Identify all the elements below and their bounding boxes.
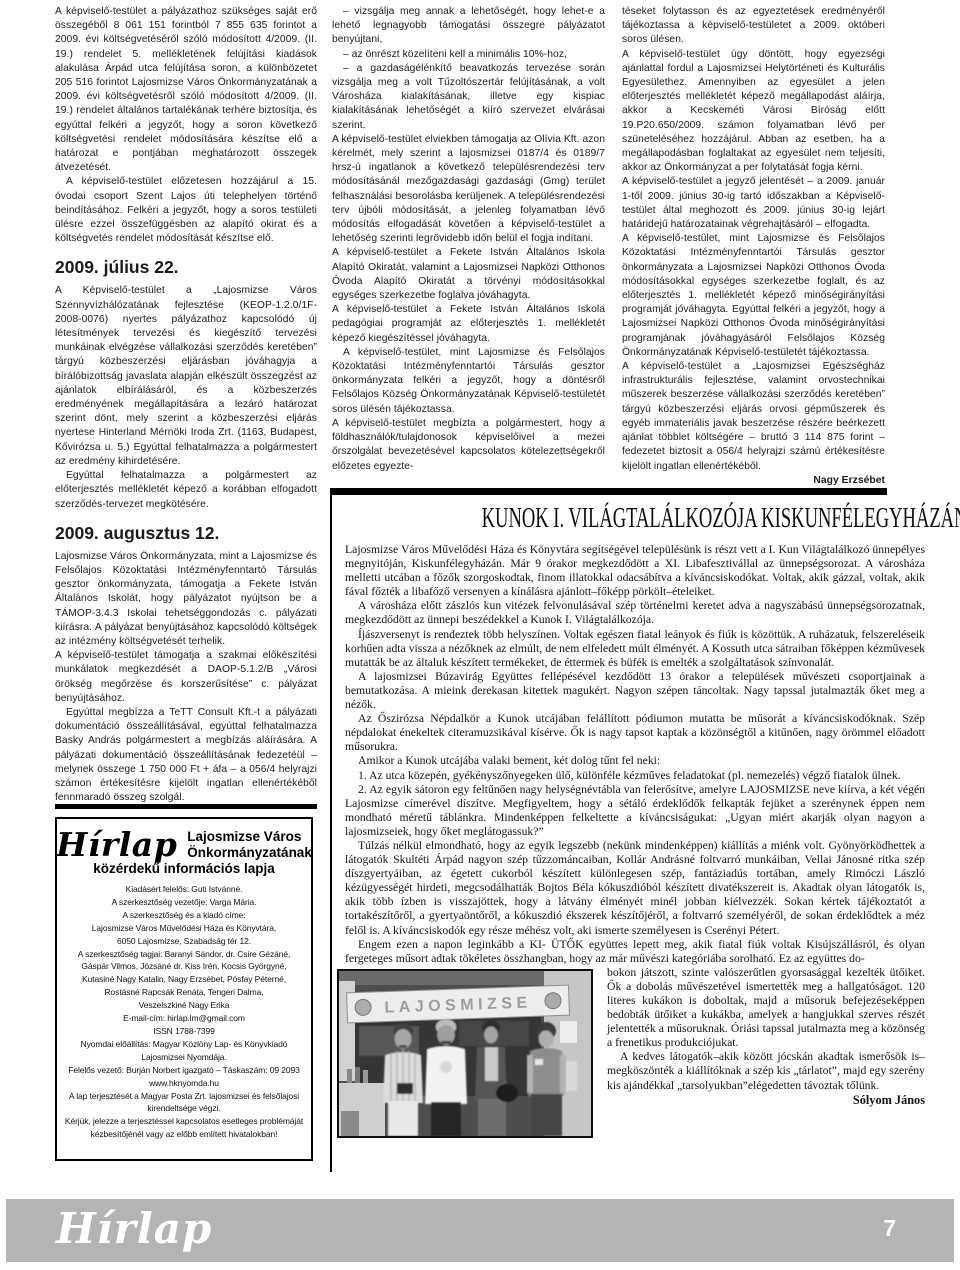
list-item: – vizsgálja meg annak a lehetőségét, hog… [332, 5, 605, 48]
paragraph: Túlzás nélkül elmondható, hogy az egyik … [345, 839, 925, 938]
paragraph: Egyúttal felhatalmazza a polgármestert a… [55, 469, 317, 512]
paragraph: A képviselő-testület úgy döntött, hogy e… [622, 48, 885, 176]
masthead-owner-line1: Lajosmizse Város [187, 829, 301, 844]
imprint-line: 6050 Lajosmizse, Szabadság tér 12. [57, 935, 311, 948]
masthead-info-box: Hírlap Lajosmizse Város Önkormányzatának… [55, 817, 313, 1161]
paragraph: Lajosmizse Város Önkormányzata, mint a L… [55, 550, 317, 649]
paragraph: A képviselő-testület a Fekete István Ált… [332, 246, 605, 303]
imprint-line: Nyomdai előállítás: Magyar Közlöny Lap- … [57, 1038, 311, 1051]
imprint-line: Gáspár Vilmos, Józsáné dr. Kiss Irén, Ko… [57, 960, 311, 973]
imprint-line: A lap terjesztését a Magyar Posta Zrt. l… [57, 1090, 311, 1103]
article-title: KUNOK I. VILÁGTALÁLKOZÓJA KISKUNFÉLEGYHÁ… [345, 503, 925, 534]
paragraph: téseket folytasson és az egyeztetések er… [622, 5, 885, 48]
imprint-email: E-mail-cím: hirlap.lm@gmail.com [57, 1012, 311, 1025]
paragraph: A képviselő-testület támogatja a szakmai… [55, 649, 317, 706]
imprint-line: Rostásné Rapcsák Renáta, Tengeri Dalma, [57, 986, 311, 999]
paragraph: 1. Az utca közepén, gyékényszőnyegeken ü… [345, 769, 925, 783]
crest-icon [355, 999, 372, 1016]
crest-icon [545, 992, 562, 1009]
hirlap-logo: Hírlap [56, 830, 177, 860]
paragraph: Íjászversenyt is rendeztek több helyszín… [345, 628, 925, 670]
footer-bar: Hírlap 7 [6, 1199, 954, 1262]
imprint-line: kézbesítőjénél vagy az előbb említett hi… [57, 1128, 311, 1141]
paragraph: A képviselő-testület, mint Lajosmizse és… [622, 232, 885, 360]
imprint-line: A szerkesztőség és a kiadó címe: [57, 909, 311, 922]
paragraph: Lajosmizse Város Művelődési Háza és Köny… [345, 543, 925, 599]
date-heading-august-12: 2009. augusztus 12. [55, 523, 317, 543]
kunok-article: KUNOK I. VILÁGTALÁLKOZÓJA KISKUNFÉLEGYHÁ… [345, 497, 925, 1140]
masthead-tagline: közérdekű információs lapja [57, 861, 311, 876]
author-signature: Nagy Erzsébet [622, 474, 885, 486]
article-top-rule [330, 488, 887, 495]
council-minutes-column-middle: – vizsgálja meg annak a lehetőségét, hog… [332, 5, 605, 486]
imprint-line: Veszelszkiné Nagy Erika [57, 999, 311, 1012]
list-item: – a gazdaságélénkítő beavatkozás tervezé… [332, 62, 605, 133]
imprint-line: Kutasiné Nagy Katalin, Nagy Erzsébet, Pó… [57, 973, 311, 986]
date-heading-july-22: 2009. július 22. [55, 257, 317, 277]
paragraph: A képviselő-testület a jegyző jelentését… [622, 175, 885, 232]
paragraph: A képviselő-testület a pályázathoz szüks… [55, 5, 317, 175]
paragraph: Egyúttal megbízza a TeTT Consult Kft.-t … [55, 706, 317, 803]
paragraph: A városháza előtt zászlós kun vitézek fe… [345, 599, 925, 627]
paragraph: A képviselő-testület a „Lajosmizsei Egés… [622, 360, 885, 474]
paragraph: Engem ezen a napon leginkább a KI- ÜTŐK … [345, 938, 925, 966]
paragraph: A képviselő-testület a Fekete István Ált… [332, 303, 605, 346]
page-number: 7 [883, 1215, 896, 1242]
paragraph: A képviselő-testület megbízta a polgárme… [332, 417, 605, 474]
imprint-website: www.hknyomda.hu [57, 1077, 311, 1090]
paragraph: A képviselő-testület elviekben támogatja… [332, 133, 605, 247]
paragraph: A Képviselő-testület a „Lajosmizse Város… [55, 284, 317, 469]
imprint-line: A szerkesztőség vezetője: Varga Mária. [57, 896, 311, 909]
paragraph: Az Őszirózsa Népdalkör a Kunok utcájában… [345, 712, 925, 754]
imprint-line: Lajosmizsei Nyomdája. [57, 1051, 311, 1064]
paragraph: A képviselő-testület előzetesen hozzájár… [55, 175, 317, 246]
article-left-rule [330, 495, 332, 1172]
imprint-line: Lajosmizse Város Művelődési Háza és Köny… [57, 922, 311, 935]
imprint-line: Felelős vezető: Burján Norbert igazgató … [57, 1064, 311, 1077]
imprint-line: kirendeltsége végzi. [57, 1102, 311, 1115]
horizontal-rule [55, 804, 317, 809]
paragraph: A lajosmizsei Búzavirág Együttes fellépé… [345, 670, 925, 712]
article-photo: LAJOSMIZSE [337, 969, 593, 1138]
imprint-line: Kiadásért felelős: Guti Istvánné. [57, 883, 311, 896]
masthead-logo-row: Hírlap Lajosmizse Város Önkormányzatának [57, 829, 311, 860]
council-minutes-column-left: A képviselő-testület a pályázathoz szüks… [55, 5, 317, 803]
list-item: – az önrészt közelíteni kell a minimális… [332, 48, 605, 62]
paragraph: 2. Az egyik sátoron egy feltűnően nagy h… [345, 783, 925, 839]
paragraph: Amikor a Kunok utcájába valaki bement, k… [345, 754, 925, 768]
imprint-text: Kiadásért felelős: Guti Istvánné. A szer… [57, 883, 311, 1141]
imprint-line: Kérjük, jelezze a terjesztéssel kapcsola… [57, 1115, 311, 1128]
footer-hirlap-logo: Hírlap [56, 1204, 212, 1253]
masthead-owner-line2: Önkormányzatának [187, 845, 312, 860]
paragraph: A képviselő-testület, mint Lajosmizse és… [332, 346, 605, 417]
newspaper-page: A képviselő-testület a pályázathoz szüks… [0, 0, 960, 1270]
council-minutes-column-right: téseket folytasson és az egyeztetések er… [622, 5, 885, 486]
masthead-owner: Lajosmizse Város Önkormányzatának [187, 829, 312, 860]
imprint-line: A szerkesztőség tagjai: Baranyi Sándor, … [57, 948, 311, 961]
issn-number: ISSN 1788-7399 [57, 1025, 311, 1038]
